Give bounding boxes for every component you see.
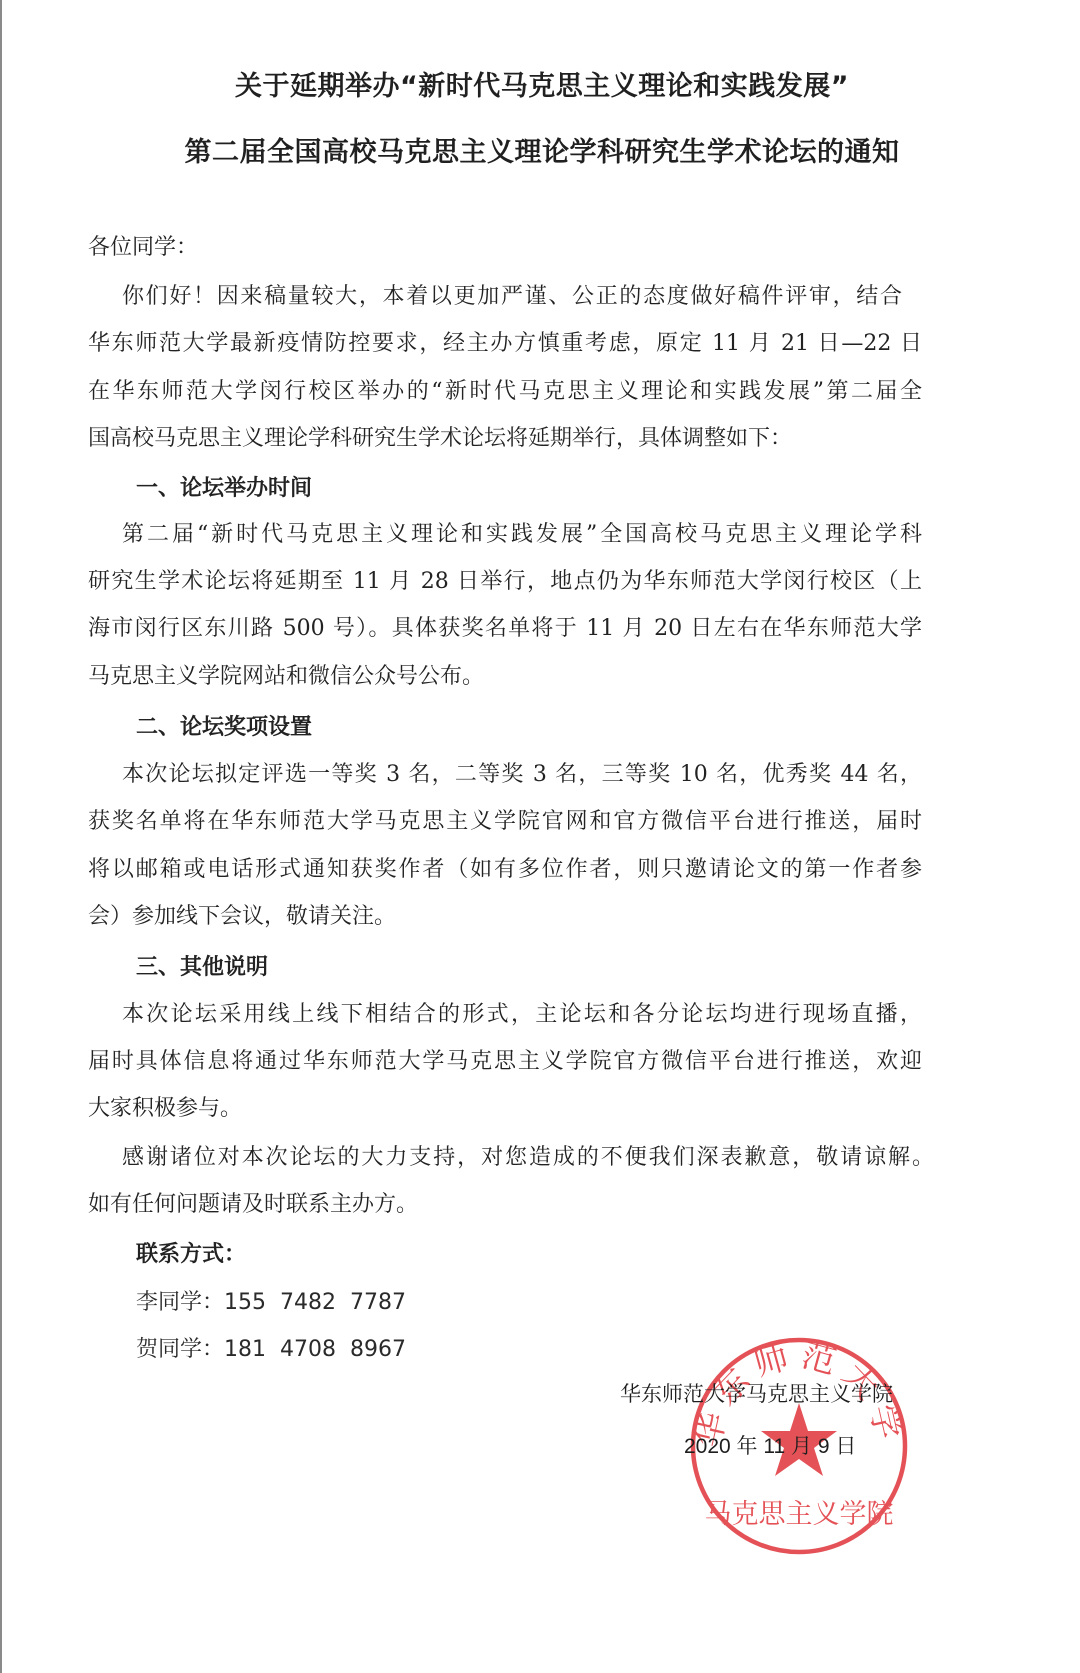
closing-line-2: 如有任何问题请及时联系主办方。 [88, 1190, 988, 1220]
svg-text:马克思主义学院: 马克思主义学院 [705, 1499, 894, 1530]
contact-name: 李同学： [136, 1290, 224, 1315]
section-2-line-1: 本次论坛拟定评选一等奖 3 名，二等奖 3 名，三等奖 10 名，优秀奖 44 … [122, 760, 922, 790]
section-2-heading: 二、论坛奖项设置 [136, 713, 1036, 743]
contact-heading: 联系方式： [136, 1240, 1036, 1270]
section-3-line-1: 本次论坛采用线上线下相结合的形式，主论坛和各分论坛均进行现场直播， [122, 1000, 922, 1030]
contact-phone: 181 4708 8967 [224, 1337, 406, 1362]
intro-line-3: 在华东师范大学闵行校区举办的“新时代马克思主义理论和实践发展”第二届全 [88, 377, 922, 407]
intro-line-4: 国高校马克思主义理论学科研究生学术论坛将延期举行，具体调整如下： [88, 424, 988, 454]
section-1-line-3: 海市闵行区东川路 500 号）。具体获奖名单将于 11 月 20 日左右在华东师… [88, 614, 922, 644]
intro-line-2: 华东师范大学最新疫情防控要求，经主办方慎重考虑，原定 11 月 21 日—22 … [88, 329, 922, 359]
section-1-line-4: 马克思主义学院网站和微信公众号公布。 [88, 662, 988, 692]
section-1-line-1: 第二届“新时代马克思主义理论和实践发展”全国高校马克思主义理论学科 [122, 520, 922, 550]
section-1-heading: 一、论坛举办时间 [136, 474, 1036, 504]
closing-line-1: 感谢诸位对本次论坛的大力支持，对您造成的不便我们深表歉意，敬请谅解。 [122, 1143, 934, 1173]
section-2-line-4: 会）参加线下会议，敬请关注。 [88, 902, 988, 932]
section-2-line-2: 获奖名单将在华东师范大学马克思主义学院官网和官方微信平台进行推送，届时 [88, 807, 922, 837]
signature-organization: 华东师范大学马克思主义学院 [620, 1378, 893, 1408]
section-3-heading: 三、其他说明 [136, 953, 1036, 983]
document-page: 关于延期举办“新时代马克思主义理论和实践发展” 第二届全国高校马克思主义理论学科… [0, 0, 1080, 1673]
intro-line-1: 你们好！因来稿量较大，本着以更加严谨、公正的态度做好稿件评审，结合 [122, 282, 902, 312]
signature-date: 2020 年 11 月 9 日 [684, 1430, 856, 1460]
salutation: 各位同学： [88, 233, 988, 263]
document-title-line-1: 关于延期举办“新时代马克思主义理论和实践发展” [2, 64, 1080, 103]
contact-name: 贺同学： [136, 1337, 224, 1362]
contact-item-li: 李同学：155 7482 7787 [136, 1288, 1036, 1318]
section-3-line-2: 届时具体信息将通过华东师范大学马克思主义学院官方微信平台进行推送，欢迎 [88, 1047, 922, 1077]
section-1-line-2: 研究生学术论坛将延期至 11 月 28 日举行，地点仍为华东师范大学闵行校区（上 [88, 567, 922, 597]
section-3-line-3: 大家积极参与。 [88, 1094, 988, 1124]
section-2-line-3: 将以邮箱或电话形式通知获奖作者（如有多位作者，则只邀请论文的第一作者参 [88, 855, 922, 885]
document-title-line-2: 第二届全国高校马克思主义理论学科研究生学术论坛的通知 [2, 130, 1080, 169]
contact-phone: 155 7482 7787 [224, 1290, 406, 1315]
